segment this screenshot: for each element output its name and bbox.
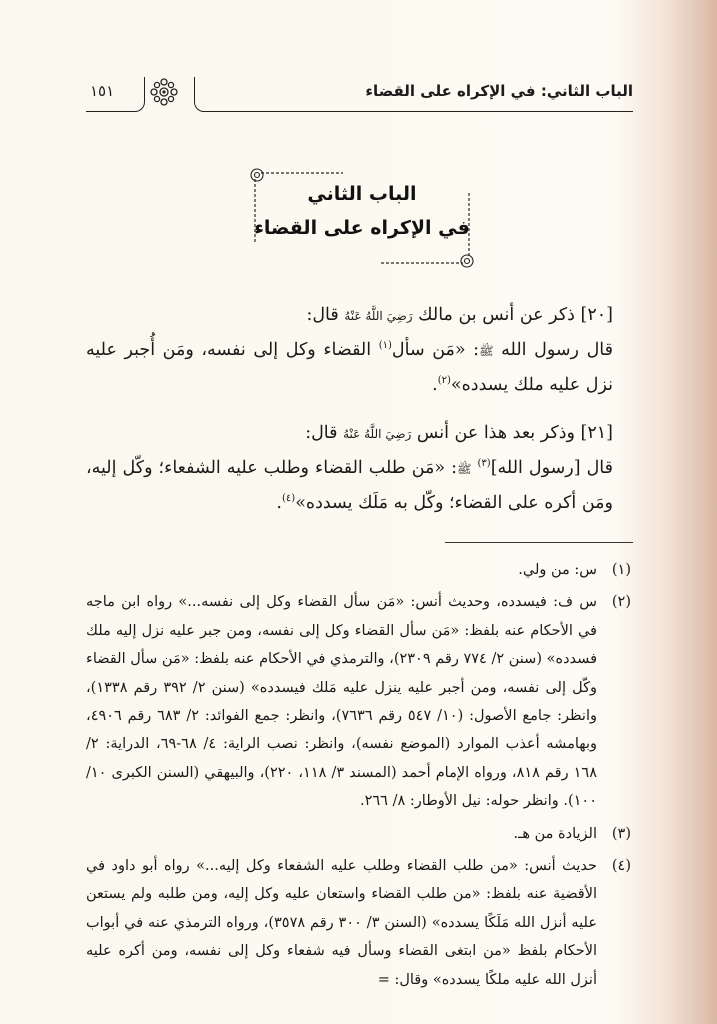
- footnote-separator: [445, 542, 633, 543]
- header-rule: [202, 111, 633, 112]
- text: : «مَن سأل: [392, 340, 479, 360]
- chapter-subtitle: في الإكراه على القضاء: [247, 217, 477, 239]
- footnote-number: (٣): [597, 820, 631, 848]
- footnote-ref[interactable]: (٤): [282, 493, 295, 504]
- header-rule-curve: [132, 77, 145, 112]
- text: قال رسول الله: [501, 340, 613, 360]
- footnote-text: س ف: فيسدده، وحديث أنس: «مَن سأل القضاء …: [86, 588, 597, 815]
- footnote-number: (٤): [597, 852, 631, 994]
- footnote-4: (٤) حديث أنس: «من طلب القضاء وطلب عليه ا…: [86, 852, 631, 994]
- footnote-ref[interactable]: (٣): [478, 458, 491, 469]
- honorific: رَضِيَ اللَّهُ عَنْهُ: [343, 427, 411, 441]
- footnote-text: س: من ولي.: [86, 556, 597, 584]
- chapter-title-frame: الباب الثاني في الإكراه على القضاء: [247, 165, 477, 270]
- footnote-text: الزيادة من هـ.: [86, 820, 597, 848]
- hadith-20-text: قال رسول الله ﷺ: «مَن سأل(١) القضاء وكل …: [86, 333, 631, 402]
- chapter-title: الباب الثاني: [247, 183, 477, 205]
- arabesque-rosette-icon: [148, 76, 180, 108]
- footnotes: (١) س: من ولي. (٢) س ف: فيسدده، وحديث أن…: [86, 556, 631, 994]
- main-text: [٢٠] ذكر عن أنس بن مالك رَضِيَ اللَّهُ ع…: [86, 298, 631, 520]
- honorific: رَضِيَ اللَّهُ عَنْهُ: [344, 309, 412, 323]
- salutation-glyph: ﷺ: [479, 344, 494, 358]
- header-rule: [86, 111, 136, 112]
- header-rule-curve: [194, 77, 207, 112]
- text: [٢٠] ذكر عن أنس بن مالك: [418, 305, 613, 325]
- text: قال [رسول الله]: [491, 458, 613, 478]
- hadith-21-intro: [٢١] وذكر بعد هذا عن أنس رَضِيَ اللَّهُ …: [86, 416, 631, 451]
- text: [٢١] وذكر بعد هذا عن أنس: [417, 423, 613, 443]
- running-header: الباب الثاني: في الإكراه على القضاء ١٥١: [86, 72, 633, 112]
- footnote-number: (٢): [597, 588, 631, 815]
- running-title: الباب الثاني: في الإكراه على القضاء: [365, 82, 633, 100]
- footnote-number: (١): [597, 556, 631, 584]
- hadith-20-intro: [٢٠] ذكر عن أنس بن مالك رَضِيَ اللَّهُ ع…: [86, 298, 631, 333]
- text: قال:: [305, 423, 337, 443]
- footnote-2: (٢) س ف: فيسدده، وحديث أنس: «مَن سأل الق…: [86, 588, 631, 815]
- footnote-3: (٣) الزيادة من هـ.: [86, 820, 631, 848]
- text: قال:: [306, 305, 338, 325]
- footnote-ref[interactable]: (٢): [438, 375, 451, 386]
- footnote-text: حديث أنس: «من طلب القضاء وطلب عليه الشفع…: [86, 852, 597, 994]
- footnote-1: (١) س: من ولي.: [86, 556, 631, 584]
- footnote-ref[interactable]: (١): [379, 340, 392, 351]
- hadith-21-text: قال [رسول الله](٣) ﷺ: «مَن طلب القضاء وط…: [86, 451, 631, 520]
- salutation-glyph: ﷺ: [457, 462, 472, 476]
- page-number: ١٥١: [90, 82, 114, 100]
- book-page: الباب الثاني: في الإكراه على القضاء ١٥١: [0, 0, 717, 1024]
